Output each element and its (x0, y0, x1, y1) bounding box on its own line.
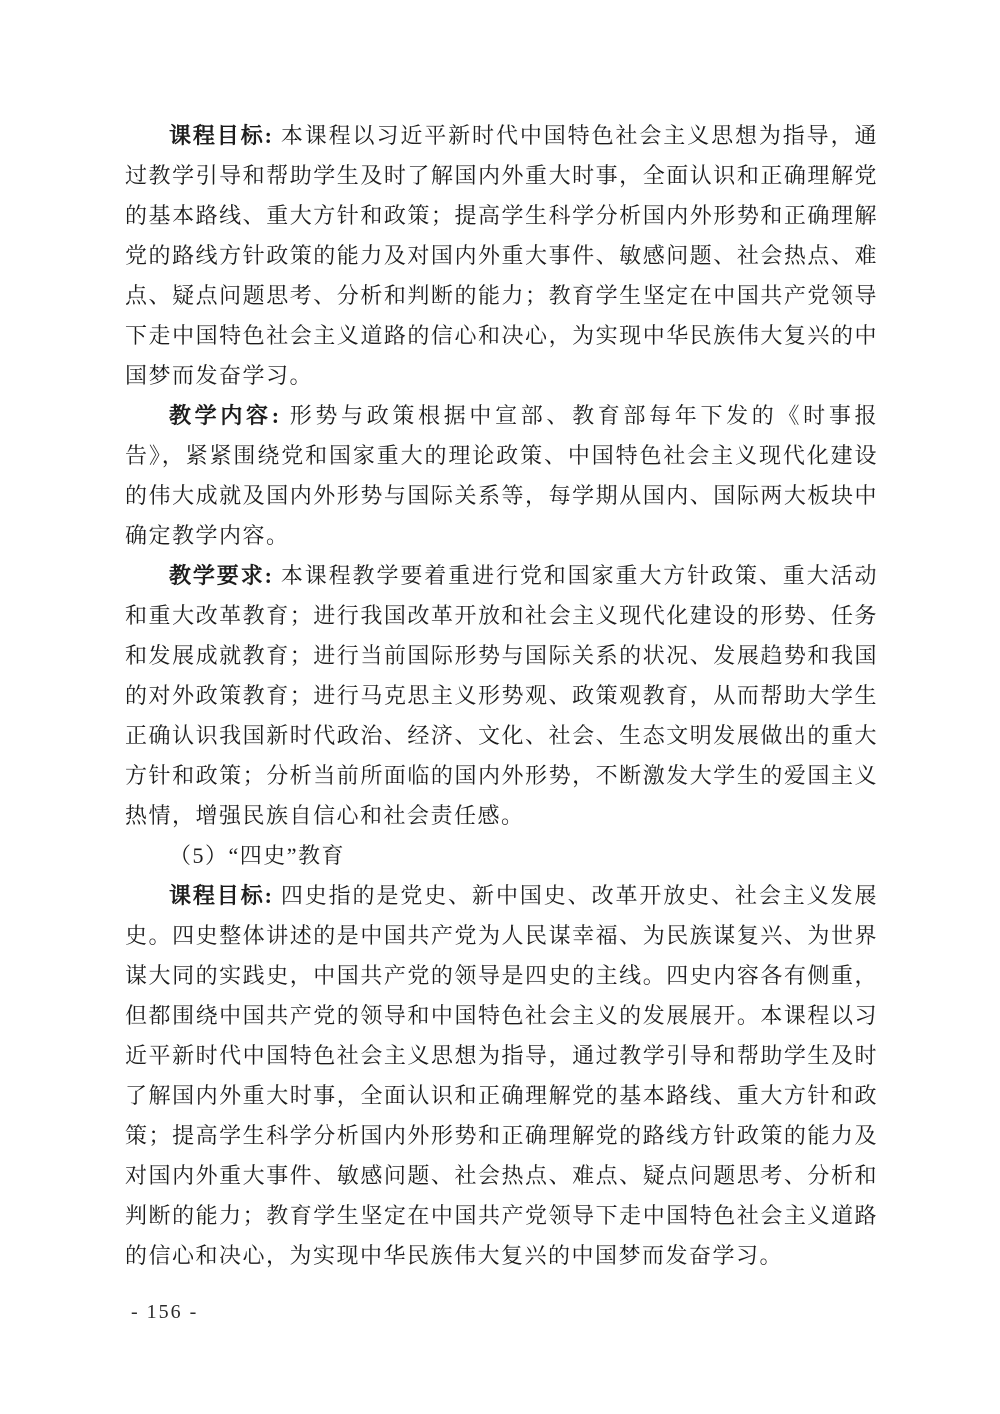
paragraph-label-course-objectives: 课程目标: (169, 123, 273, 148)
paragraph-teaching-requirements: 教学要求:本课程教学要着重进行党和国家重大方针政策、重大活动和重大改革教育；进行… (125, 556, 878, 836)
document-body: 课程目标:本课程以习近平新时代中国特色社会主义思想为指导，通过教学引导和帮助学生… (125, 116, 878, 1276)
paragraph-label-course-objectives-four-histories: 课程目标: (169, 883, 273, 908)
paragraph-course-objectives-four-histories: 课程目标:四史指的是党史、新中国史、改革开放史、社会主义发展史。四史整体讲述的是… (125, 876, 878, 1276)
section-heading-four-histories: （5）“四史”教育 (125, 836, 878, 876)
paragraph-course-objectives: 课程目标:本课程以习近平新时代中国特色社会主义思想为指导，通过教学引导和帮助学生… (125, 116, 878, 396)
paragraph-text-course-objectives-four-histories: 四史指的是党史、新中国史、改革开放史、社会主义发展史。四史整体讲述的是中国共产党… (125, 883, 878, 1268)
paragraph-label-teaching-requirements: 教学要求: (169, 563, 273, 588)
paragraph-text-course-objectives: 本课程以习近平新时代中国特色社会主义思想为指导，通过教学引导和帮助学生及时了解国… (125, 123, 878, 388)
document-page: 课程目标:本课程以习近平新时代中国特色社会主义思想为指导，通过教学引导和帮助学生… (0, 0, 1000, 1414)
paragraph-label-teaching-content: 教学内容: (169, 403, 281, 428)
page-number: - 156 - (131, 1298, 198, 1326)
paragraph-text-teaching-requirements: 本课程教学要着重进行党和国家重大方针政策、重大活动和重大改革教育；进行我国改革开… (125, 563, 878, 828)
paragraph-teaching-content: 教学内容:形势与政策根据中宣部、教育部每年下发的《时事报告》，紧紧围绕党和国家重… (125, 396, 878, 556)
